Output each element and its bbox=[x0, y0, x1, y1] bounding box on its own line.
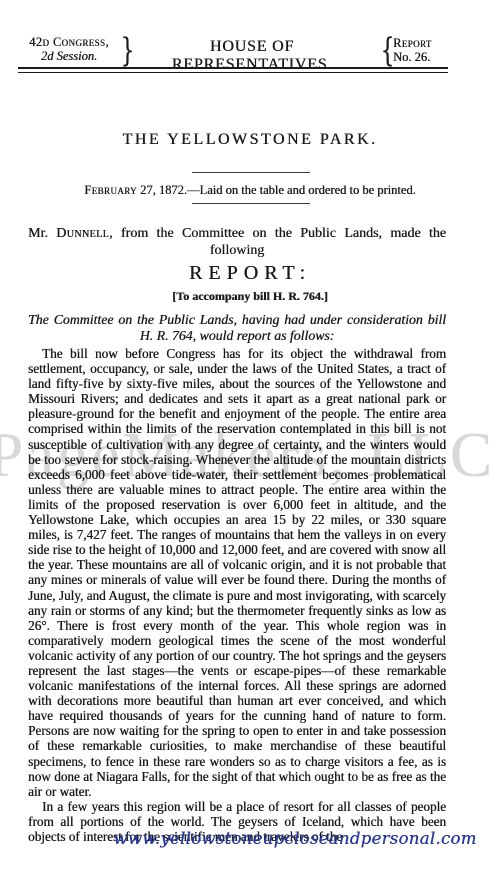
scanned-report-page: PageMakers, LLC 42d Congress, 2d Session… bbox=[0, 0, 500, 872]
made-by-rest: , from the Committee on the Public Lands… bbox=[109, 226, 446, 258]
made-by-prefix: Mr. bbox=[28, 226, 56, 241]
body-paragraph-1: The bill now before Congress has for its… bbox=[28, 346, 446, 799]
site-url-watermark: www.yellowstoneupcloseandpersonal.com bbox=[95, 829, 495, 848]
report-heading: REPORT: bbox=[0, 262, 500, 285]
report-label: Report bbox=[393, 36, 453, 50]
date-line: February 27, 1872.—Laid on the table and… bbox=[0, 183, 500, 198]
member-name: Dunnell bbox=[56, 226, 109, 241]
congress-line: 42d Congress, bbox=[16, 36, 122, 50]
committee-preamble: The Committee on the Public Lands, havin… bbox=[28, 312, 446, 344]
report-body: The bill now before Congress has for its… bbox=[28, 346, 446, 844]
report-number: No. 26. bbox=[393, 50, 453, 64]
session-line: 2d Session. bbox=[16, 50, 122, 64]
page-content: 42d Congress, 2d Session. } HOUSE OF REP… bbox=[0, 0, 500, 872]
divider-rule-top bbox=[192, 172, 310, 173]
date-rest: 27, 1872.—Laid on the table and ordered … bbox=[137, 183, 416, 197]
header-double-rule bbox=[18, 67, 448, 73]
divider-rule-bottom bbox=[192, 203, 310, 204]
report-number-block: Report No. 26. bbox=[393, 36, 453, 64]
congress-session-block: 42d Congress, 2d Session. bbox=[16, 36, 122, 63]
document-title: THE YELLOWSTONE PARK. bbox=[0, 131, 500, 149]
accompany-bill-line: [To accompany bill H. R. 764.] bbox=[0, 289, 500, 304]
made-by-line: Mr. Dunnell, from the Committee on the P… bbox=[28, 226, 446, 259]
date-month: February bbox=[84, 183, 137, 197]
